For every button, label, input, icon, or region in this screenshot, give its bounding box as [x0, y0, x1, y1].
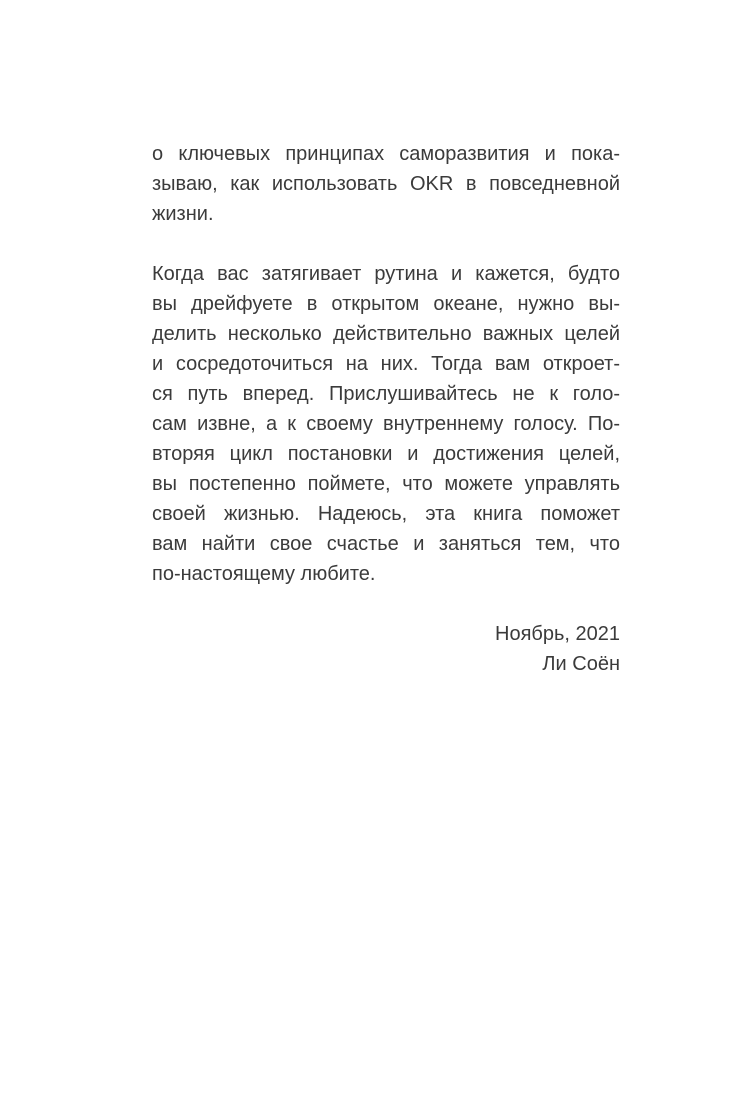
signature-line: Ноябрь, 2021	[152, 619, 620, 649]
text-line: делить несколько действительно важных це…	[152, 319, 620, 349]
text-line: и сосредоточиться на них. Тогда вам откр…	[152, 349, 620, 379]
text-line: о ключевых принципах саморазвития и пока…	[152, 139, 620, 169]
signature-block: Ноябрь, 2021Ли Соён	[152, 619, 620, 679]
text-line: Когда вас затягивает рутина и кажется, б…	[152, 259, 620, 289]
body-paragraph-2: Когда вас затягивает рутина и кажется, б…	[152, 259, 620, 589]
text-line: вторяя цикл постановки и достижения целе…	[152, 439, 620, 469]
text-line: сам извне, а к своему внутреннему голосу…	[152, 409, 620, 439]
body-paragraph-1: о ключевых принципах саморазвития и пока…	[152, 139, 620, 229]
text-line: зываю, как использовать OKR в повседневн…	[152, 169, 620, 199]
text-line: своей жизнью. Надеюсь, эта книга поможет	[152, 499, 620, 529]
text-line: жизни.	[152, 199, 620, 229]
text-line: по-настоящему любите.	[152, 559, 620, 589]
signature-line: Ли Соён	[152, 649, 620, 679]
text-line: ся путь вперед. Прислушивайтесь не к гол…	[152, 379, 620, 409]
book-page: о ключевых принципах саморазвития и пока…	[0, 0, 738, 1104]
text-line: вы постепенно поймете, что можете управл…	[152, 469, 620, 499]
text-block: о ключевых принципах саморазвития и пока…	[152, 139, 620, 679]
text-line: вы дрейфуете в открытом океане, нужно вы…	[152, 289, 620, 319]
text-line: вам найти свое счастье и заняться тем, ч…	[152, 529, 620, 559]
